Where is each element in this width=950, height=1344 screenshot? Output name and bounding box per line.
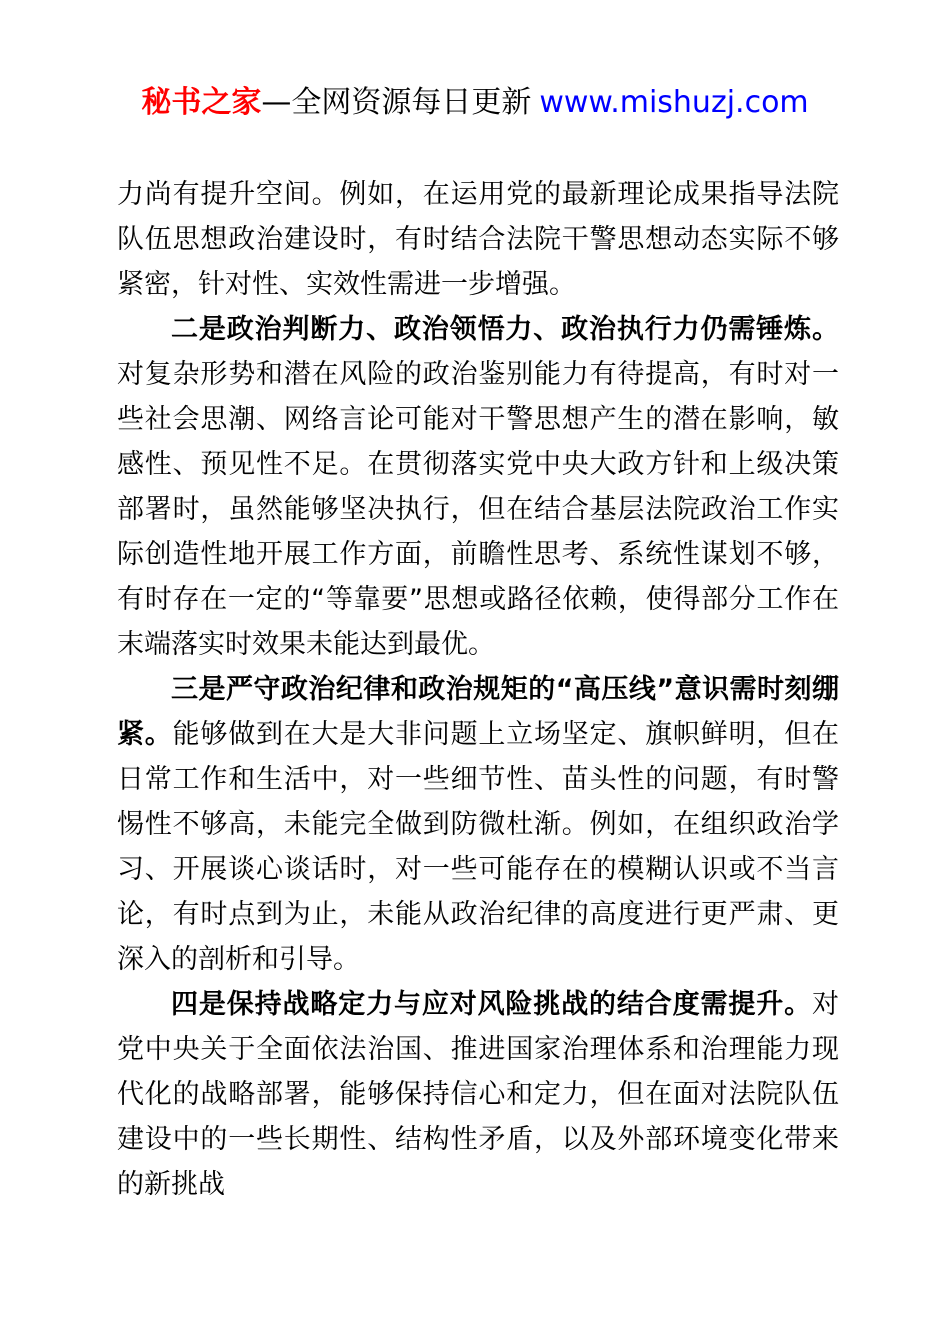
paragraph-point-three-text: 能够做到在大是大非问题上立场坚定、旗帜鲜明，但在日常工作和生活中，对一些细节性、… xyxy=(117,719,839,975)
paragraph-point-two-lead: 二是政治判断力、政治领悟力、政治执行力仍需锤炼。 xyxy=(171,314,839,345)
site-brand: 秘书之家 xyxy=(141,85,261,120)
site-watermark-header: 秘书之家—全网资源每日更新www.mishuzj.com xyxy=(0,84,950,122)
paragraph-point-four-text: 对党中央关于全面依法治国、推进国家治理体系和治理能力现代化的战略部署，能够保持信… xyxy=(117,989,839,1200)
document-page: 秘书之家—全网资源每日更新www.mishuzj.com 力尚有提升空间。例如，… xyxy=(0,0,950,1344)
document-body: 力尚有提升空间。例如，在运用党的最新理论成果指导法院队伍思想政治建设时，有时结合… xyxy=(117,172,839,1207)
paragraph-point-four-lead: 四是保持战略定力与应对风险挑战的结合度需提升。 xyxy=(171,989,812,1020)
paragraph-point-two-text: 对复杂形势和潜在风险的政治鉴别能力有待提高，有时对一些社会思潮、网络言论可能对干… xyxy=(117,359,839,660)
paragraph-point-two: 二是政治判断力、政治领悟力、政治执行力仍需锤炼。对复杂形势和潜在风险的政治鉴别能… xyxy=(117,307,839,667)
paragraph-point-four: 四是保持战略定力与应对风险挑战的结合度需提升。对党中央关于全面依法治国、推进国家… xyxy=(117,982,839,1207)
site-url-link[interactable]: www.mishuzj.com xyxy=(539,85,808,120)
paragraph-continuation-text: 力尚有提升空间。例如，在运用党的最新理论成果指导法院队伍思想政治建设时，有时结合… xyxy=(117,179,839,300)
paragraph-continuation: 力尚有提升空间。例如，在运用党的最新理论成果指导法院队伍思想政治建设时，有时结合… xyxy=(117,172,839,307)
site-tagline: —全网资源每日更新 xyxy=(261,85,531,120)
paragraph-point-three: 三是严守政治纪律和政治规矩的“高压线”意识需时刻绷紧。能够做到在大是大非问题上立… xyxy=(117,667,839,982)
